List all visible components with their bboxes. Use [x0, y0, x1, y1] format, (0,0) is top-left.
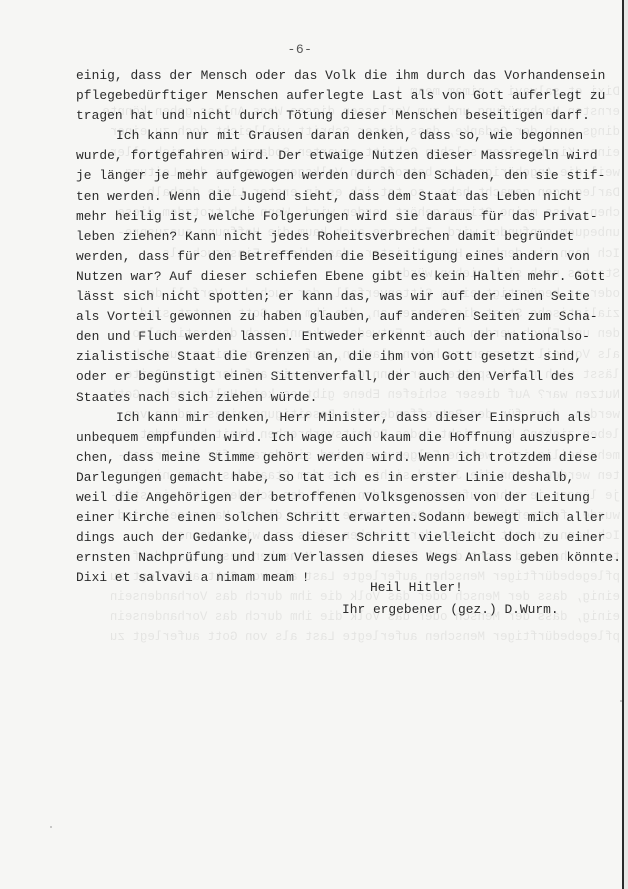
text-line: chen, dass meine Stimme gehört werden wi…: [76, 448, 624, 468]
text-line: Dixi et salvavi a nimam meam !: [76, 568, 624, 588]
text-line: den und Fluch werden lassen. Entweder er…: [76, 327, 624, 347]
text-line: mehr heilig ist, welche Folgerungen wird…: [76, 207, 624, 227]
text-line: Darlegungen gemacht habe, so tat ich es …: [76, 468, 624, 488]
text-line: pflegebedürftiger Menschen auferlegte La…: [76, 86, 624, 106]
text-line: zialistische Staat die Grenzen an, die i…: [76, 347, 624, 367]
text-line: einig, dass der Mensch oder das Volk die…: [76, 66, 624, 86]
text-line: ernsten Nachprüfung und zum Verlassen di…: [76, 548, 624, 568]
letter-body: einig, dass der Mensch oder das Volk die…: [76, 66, 624, 588]
paper-speck: [50, 826, 52, 828]
text-line: je länger je mehr aufgewogen werden durc…: [76, 166, 624, 186]
text-line: Staates nach sich ziehen würde.: [76, 388, 624, 408]
text-line: Nutzen war? Auf dieser schiefen Ebene gi…: [76, 267, 624, 287]
text-line: dings auch der Gedanke, dass dieser Schr…: [76, 528, 624, 548]
text-line: lässt sich nicht spotten; er kann das, w…: [76, 287, 624, 307]
text-line: Ich kann nur mit Grausen daran denken, d…: [76, 126, 624, 146]
document-page: Dixi et salvavi a nimam meam ! ernsten N…: [0, 0, 622, 889]
signature-line: Ihr ergebener (gez.) D.Wurm.: [342, 602, 559, 617]
closing-greeting: Heil Hitler!: [370, 580, 463, 595]
text-line: als Vorteil gewonnen zu haben glauben, a…: [76, 307, 624, 327]
text-line: ten werden. Wenn die Jugend sieht, dass …: [76, 187, 624, 207]
text-line: weil die Angehörigen der betroffenen Vol…: [76, 488, 624, 508]
text-line: einer Kirche einen solchen Schritt erwar…: [76, 508, 624, 528]
text-line: unbequem empfunden wird. Ich wage auch k…: [76, 428, 624, 448]
text-line: wurde, fortgefahren wird. Der etwaige Nu…: [76, 146, 624, 166]
text-line: oder er begünstigt einen Sittenverfall, …: [76, 367, 624, 387]
text-line: Ich kann mir denken, Herr Minister, dass…: [76, 408, 624, 428]
scan-margin: [624, 0, 628, 889]
page-number: -6-: [0, 42, 600, 57]
text-line: werden, dass für den Betreffenden die Be…: [76, 247, 624, 267]
text-line: leben ziehen? Kann nicht jedes Roheitsve…: [76, 227, 624, 247]
text-line: tragen hat und nicht durch Tötung dieser…: [76, 106, 624, 126]
